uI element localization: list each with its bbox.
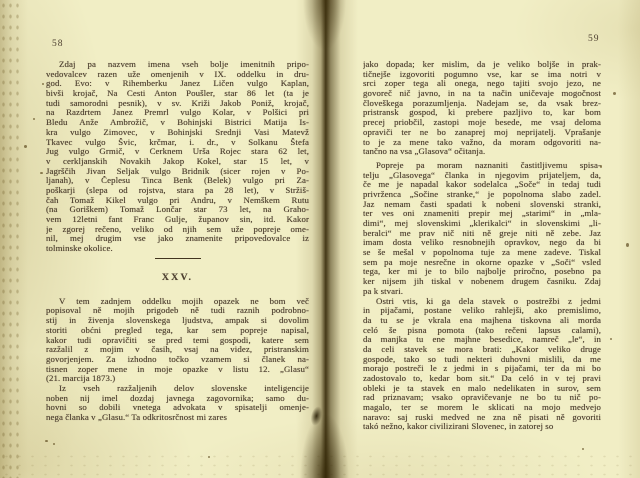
text-line: tančno na vsa „Glasova“ očitanja. bbox=[363, 147, 601, 157]
left-paragraph-1: Zdaj pa nazvem imena vseh bolje imenitni… bbox=[46, 60, 309, 254]
text-line: sem pa moje nesrečne in okorne opazke v … bbox=[363, 258, 601, 268]
book-scan-spread: 58 59 Zdaj pa nazvem imena vseh bolje im… bbox=[0, 0, 640, 478]
text-line: noben nij imel dozdaj javnega zagovornik… bbox=[46, 394, 309, 404]
section-heading: XXV. bbox=[46, 272, 309, 283]
text-line: stij in živenja slovenskega ljudstva, am… bbox=[46, 316, 309, 326]
text-line: jako dopada; ker mislim, da je veliko bo… bbox=[363, 60, 601, 70]
text-line: v cerkljanskih Novakih Jakop Kokel, star… bbox=[46, 157, 309, 167]
text-line: to je za mene tako važno, da moram odgov… bbox=[363, 138, 601, 148]
ink-speck bbox=[613, 92, 616, 95]
text-line: storiti obćni pregled tega, kar sem popr… bbox=[46, 326, 309, 336]
text-line: god. Evo: v Rihemberku Janez Ličen vulgo… bbox=[46, 79, 309, 89]
text-line: čah Tomaž Kikel vulgo pri Andru, v Nemšk… bbox=[46, 196, 309, 206]
ink-speck bbox=[582, 448, 584, 450]
text-line: tisnen zoper mene in moje opazke v listu… bbox=[46, 365, 309, 375]
page-number-right: 59 bbox=[588, 34, 600, 44]
text-line: je zgorej rečeno, veliko od njih sem uže… bbox=[46, 225, 309, 235]
text-line: Popreje pa moram naznaniti častitljivemu… bbox=[363, 161, 601, 171]
text-line: tičnejše izgovoriti pogumno vse, kar se … bbox=[363, 70, 601, 80]
ink-speck bbox=[600, 165, 602, 168]
text-line: Iz vseh razžaljenih delov slovenske inte… bbox=[46, 384, 309, 394]
text-line: Bledu Anže Ambrožič, v Bohinjski Bistric… bbox=[46, 118, 309, 128]
text-line: nega članka v „Glasu.“ Ta odkritosrčnost… bbox=[46, 413, 309, 423]
text-line: V tem zadnjem oddelku mojih opazek ne bo… bbox=[46, 297, 309, 307]
text-line: če me je napadal kakor sodelalca „Soče“ … bbox=[363, 180, 601, 190]
text-line: takó nežno, kakor civilizirani Slovenec,… bbox=[363, 422, 601, 432]
left-paragraph-2: V tem zadnjem oddelku mojih opazek ne bo… bbox=[46, 297, 309, 384]
text-line: ter ves oni znameniti prepir mej „starim… bbox=[363, 209, 601, 219]
text-line: opraviči ter ne bo zanaprej moj neprijat… bbox=[363, 128, 601, 138]
text-line: da celi stavek se mora brati: „Kakor vel… bbox=[363, 345, 601, 355]
text-line: se še mešal v popolnoma tuje za mene zad… bbox=[363, 248, 601, 258]
text-line: celó še pisna pomota (tako rečeni lapsus… bbox=[363, 326, 601, 336]
text-line: razžalil z mojim v časih, vsaj na videz,… bbox=[46, 345, 309, 355]
text-line: magalo, ter se morem le sklicati na mojo… bbox=[363, 403, 601, 413]
text-line: (21. marcija 1873.) bbox=[46, 374, 309, 384]
text-line: zadostovalo to, kedar bom sit.“ Da celó … bbox=[363, 374, 601, 384]
text-line: vem 12letni fant Franc Gulje, županov si… bbox=[46, 215, 309, 225]
text-line: govoreč nič javno, in na ta način uničev… bbox=[363, 89, 601, 99]
text-line: poškarji (slepa od rojstva, stara pa 28 … bbox=[46, 186, 309, 196]
text-line: Jagrščih Jivan Seljak vulgo Bridnik (sic… bbox=[46, 167, 309, 177]
text-line: govorjenjem. Za izhodno točko vzamem si … bbox=[46, 355, 309, 365]
text-line: precej priobčil, zastopi moje besede, me… bbox=[363, 118, 601, 128]
ink-speck bbox=[626, 243, 629, 247]
text-line: hovni so dobili vnetega advokata v spisa… bbox=[46, 403, 309, 413]
page-number-left: 58 bbox=[52, 39, 64, 49]
text-line: telju „Glasovega“ članka in njegovim pri… bbox=[363, 171, 601, 181]
ink-speck bbox=[40, 172, 43, 174]
text-line: pa k stvari. bbox=[363, 287, 601, 297]
text-line: bivši krojač, Na Cesti Anton Poušler, st… bbox=[46, 89, 309, 99]
ink-speck bbox=[45, 440, 48, 442]
text-line: nil, mej drugim vse jako znamenite pripo… bbox=[46, 234, 309, 244]
right-paragraph-2: Popreje pa moram naznaniti častitljivemu… bbox=[363, 161, 601, 297]
right-paragraph-1: jako dopada; ker mislim, da je veliko bo… bbox=[363, 60, 601, 157]
ink-speck bbox=[33, 118, 35, 120]
text-line: ker nijsem jih tiskal v nobenem drugem č… bbox=[363, 277, 601, 287]
text-line: kra vulgo Zimovec, v Bohinjski Srednji V… bbox=[46, 128, 309, 138]
left-paragraph-3: Iz vseh razžaljenih delov slovenske inte… bbox=[46, 384, 309, 423]
text-line: dimi“, mej slovenskimi „klerikalci“ in s… bbox=[363, 219, 601, 229]
text-line: srci zoper tega ali onega, nego tajiti s… bbox=[363, 79, 601, 89]
text-line: gospode, tako so tudi nekteri duhovni mi… bbox=[363, 355, 601, 365]
text-line: na Razdrtem Janez Premrl vulgo Kolar, v … bbox=[46, 108, 309, 118]
text-line: vedovalcev razen uže omenjenih v IX. odd… bbox=[46, 70, 309, 80]
text-line: tolminske okolice. bbox=[46, 244, 309, 254]
text-line: tudi samorodni pesnik), v sv. Križi Jako… bbox=[46, 99, 309, 109]
paper-edge-texture-left bbox=[0, 0, 22, 478]
text-line: pristransk gospod, ki prebere pazljivo t… bbox=[363, 108, 601, 118]
text-line: (na Goriškem) Tomaž Lončar star 73 let, … bbox=[46, 205, 309, 215]
text-line: človeškega porazumljenja. Nadejam se, da… bbox=[363, 99, 601, 109]
right-paragraph-3: Ostri vtis, ki ga dela stavek o postrežb… bbox=[363, 297, 601, 433]
right-page-text-block: jako dopada; ker mislim, da je veliko bo… bbox=[363, 60, 601, 432]
text-line: obleki je ta stavek en malo nedelikaten … bbox=[363, 384, 601, 394]
text-line: in pijačami, postane veliko rahlejši, ak… bbox=[363, 306, 601, 316]
section-divider-rule bbox=[155, 258, 201, 259]
text-line: da tu se je vkrala ena majhena tiskovna … bbox=[363, 316, 601, 326]
ink-speck bbox=[24, 145, 27, 148]
text-line: tega, ker mi je to bilo najbolje priročn… bbox=[363, 267, 601, 277]
text-line: ljanah), v Čeplesu Tinca Benk (Belek) vu… bbox=[46, 176, 309, 186]
text-line: beralci“ me prav nič niti ně greje niti … bbox=[363, 229, 601, 239]
text-line: naravo: saj ruski medved ne zna ně pisat… bbox=[363, 413, 601, 423]
text-line: Jaz nemam časti spadati k nobeni slovens… bbox=[363, 200, 601, 210]
text-line: Ostri vtis, ki ga dela stavek o postrežb… bbox=[363, 297, 601, 307]
ink-speck bbox=[42, 83, 44, 85]
text-line: kakor tudi opravičiti se pred temi gospo… bbox=[46, 336, 309, 346]
ink-speck bbox=[610, 338, 612, 340]
text-line: Zdaj pa nazvem imena vseh bolje imenitni… bbox=[46, 60, 309, 70]
text-line: Tkavec vulgo Švic, krčmar, i. dr., v Sol… bbox=[46, 138, 309, 148]
text-line: rad priznavam; vsako opravičevanje ne bo… bbox=[363, 393, 601, 403]
text-line: da manjka tu ene majhne besedice, namreč… bbox=[363, 335, 601, 345]
text-line: imam dosta veliko resnobnejih opravkov, … bbox=[363, 238, 601, 248]
text-line: popisoval ně mojih prigodeb ně tudi razn… bbox=[46, 306, 309, 316]
left-page-text-block: Zdaj pa nazvem imena vseh bolje imenitni… bbox=[46, 60, 309, 423]
ink-speck bbox=[53, 443, 55, 445]
text-line: privrženca „Sočine stranke,“ je popolnom… bbox=[363, 190, 601, 200]
text-line: morajo postreči le z jedmi in s pijačami… bbox=[363, 364, 601, 374]
ink-speck bbox=[208, 456, 210, 458]
text-line: Jug vulgo Grmič, v Cerknem Urša Rojec st… bbox=[46, 147, 309, 157]
